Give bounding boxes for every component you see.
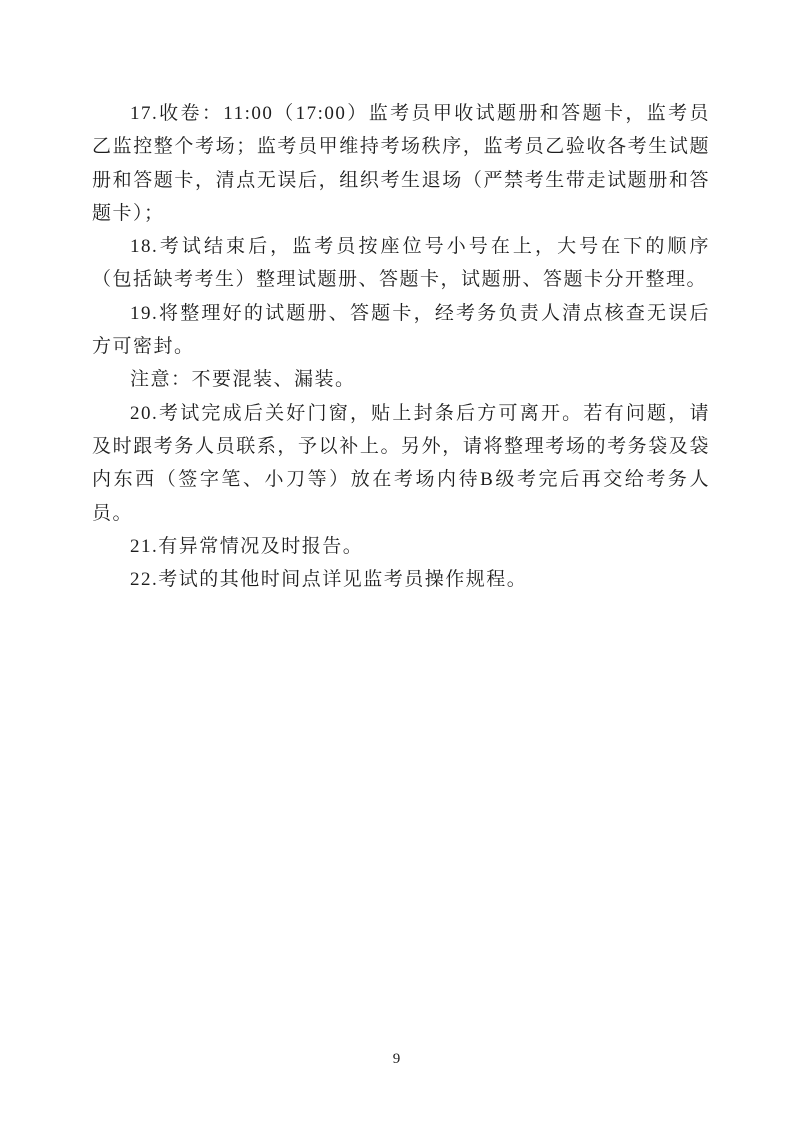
paragraph-note: 注意：不要混装、漏装。 [92,363,710,396]
page-footer: 9 [0,1050,793,1068]
document-page: 17.收卷：11:00（17:00）监考员甲收试题册和答题卡，监考员乙监控整个考… [0,0,793,1122]
paragraph-item-19: 19.将整理好的试题册、答题卡，经考务负责人清点核查无误后方可密封。 [92,297,710,364]
paragraph-item-21: 21.有异常情况及时报告。 [92,530,710,563]
page-number: 9 [393,1051,401,1067]
paragraph-item-20: 20.考试完成后关好门窗，贴上封条后方可离开。若有问题，请及时跟考务人员联系，予… [92,397,710,530]
paragraph-item-22: 22.考试的其他时间点详见监考员操作规程。 [92,563,710,596]
paragraph-item-17: 17.收卷：11:00（17:00）监考员甲收试题册和答题卡，监考员乙监控整个考… [92,97,710,230]
page-content: 17.收卷：11:00（17:00）监考员甲收试题册和答题卡，监考员乙监控整个考… [92,97,710,596]
paragraph-item-18: 18.考试结束后，监考员按座位号小号在上，大号在下的顺序（包括缺考考生）整理试题… [92,230,710,297]
